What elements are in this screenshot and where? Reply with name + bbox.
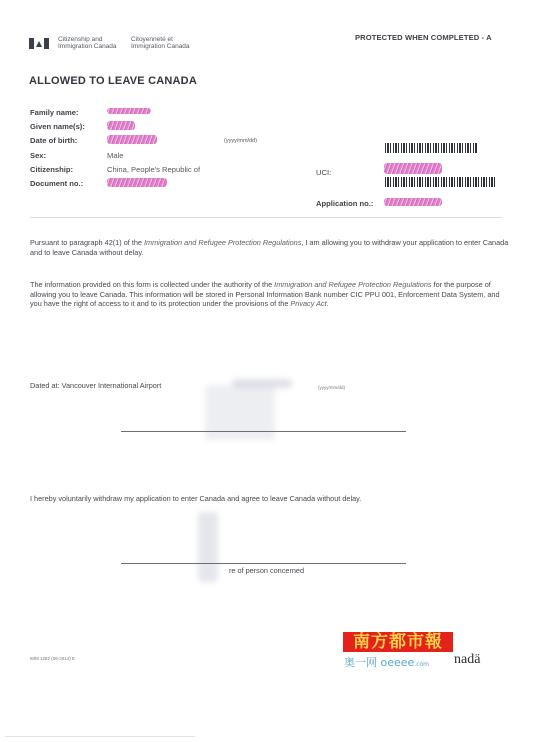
given-names-label: Given name(s): xyxy=(30,122,85,131)
canada-wordmark: nadä xyxy=(454,652,480,668)
page-edge xyxy=(5,736,195,737)
department-name-fr: Citoyenneté et Immigration Canada xyxy=(131,36,190,50)
uci-barcode-bottom xyxy=(385,177,495,187)
family-name-redacted xyxy=(107,108,151,114)
citizenship-value: China, People's Republic of xyxy=(107,165,200,174)
regulation-title: Immigration and Refugee Protection Regul… xyxy=(274,280,431,289)
uci-barcode-top xyxy=(385,143,478,153)
document-no-label: Document no.: xyxy=(30,179,83,188)
document-no-redacted xyxy=(107,178,167,187)
sex-value: Male xyxy=(107,151,123,160)
family-name-label: Family name: xyxy=(30,108,79,117)
signature-caption: re of person concerned xyxy=(229,566,304,575)
department-fr-line2: Immigration Canada xyxy=(131,43,190,50)
date-of-birth-redacted xyxy=(107,135,157,144)
uci-label: UCI: xyxy=(316,168,331,177)
applicant-signature-line xyxy=(121,563,406,564)
form-title: ALLOWED TO LEAVE CANADA xyxy=(29,75,197,87)
dated-format-hint: (yyyy/mm/dd) xyxy=(318,385,345,390)
applicant-signature-blurred xyxy=(198,512,218,582)
protection-label: PROTECTED WHEN COMPLETED - A xyxy=(355,33,492,42)
section-divider xyxy=(30,217,502,218)
date-format-hint: (yyyy/mm/dd) xyxy=(224,138,257,144)
watermark-newspaper-logo: 南方都市報 xyxy=(343,632,453,652)
given-names-redacted xyxy=(107,121,135,130)
department-name-en: Citizenship and Immigration Canada xyxy=(58,36,117,50)
uci-redacted xyxy=(384,163,442,174)
canada-flag-icon xyxy=(29,38,49,49)
sex-label: Sex: xyxy=(30,151,46,160)
department-en-line1: Citizenship and xyxy=(58,36,117,43)
officer-signature-line xyxy=(121,431,406,432)
privacy-act-title: Privacy Act xyxy=(290,299,326,308)
application-no-label: Application no.: xyxy=(316,199,373,208)
dated-at: Dated at: Vancouver International Airpor… xyxy=(30,381,161,390)
application-no-redacted xyxy=(384,198,442,206)
regulation-title: Immigration and Refugee Protection Regul… xyxy=(144,238,301,247)
watermark-site: 奥一网 oeeee.com xyxy=(344,654,429,670)
department-fr-line1: Citoyenneté et xyxy=(131,36,190,43)
form-number: IMM 1282 (06-2014) E xyxy=(30,656,75,661)
withdrawal-statement: I hereby voluntarily withdraw my applica… xyxy=(30,494,361,503)
date-of-birth-label: Date of birth: xyxy=(30,136,77,145)
citizenship-label: Citizenship: xyxy=(30,165,73,174)
authorization-paragraph: Pursuant to paragraph 42(1) of the Immig… xyxy=(30,238,510,257)
privacy-paragraph: The information provided on this form is… xyxy=(30,280,510,309)
department-en-line2: Immigration Canada xyxy=(58,43,117,50)
